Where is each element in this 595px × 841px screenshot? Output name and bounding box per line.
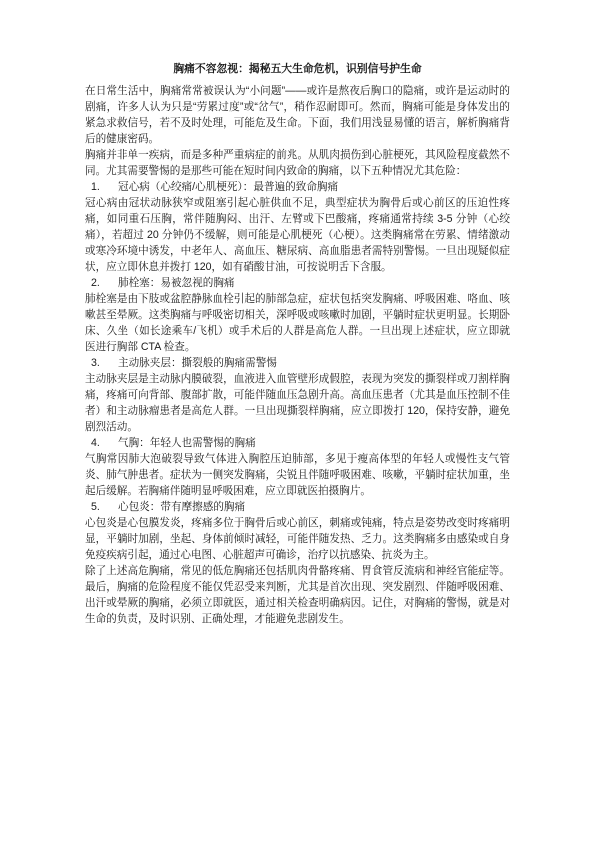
section-4-heading: 4. 气胸：年轻人也需警惕的胸痛 — [85, 435, 510, 451]
section-4-heading-text: 气胸：年轻人也需警惕的胸痛 — [118, 435, 510, 451]
section-3-heading-text: 主动脉夹层：撕裂般的胸痛需警惕 — [118, 355, 510, 371]
document-page: 胸痛不容忽视：揭秘五大生命危机，识别信号护生命 在日常生活中，胸痛常常被误认为“… — [0, 0, 595, 841]
section-5-heading-text: 心包炎：带有摩擦感的胸痛 — [118, 499, 510, 515]
section-1-heading: 1. 冠心病（心绞痛/心肌梗死）：最普遍的致命胸痛 — [85, 179, 510, 195]
section-1-heading-text: 冠心病（心绞痛/心肌梗死）：最普遍的致命胸痛 — [118, 179, 510, 195]
document-title: 胸痛不容忽视：揭秘五大生命危机，识别信号护生命 — [85, 61, 510, 77]
section-2-number: 2. — [85, 275, 118, 291]
section-3-number: 3. — [85, 355, 118, 371]
section-3-body: 主动脉夹层是主动脉内膜破裂，血液进入血管壁形成假腔，表现为突发的撕裂样或刀割样胸… — [85, 371, 510, 435]
section-2-body: 肺栓塞是由下肢或盆腔静脉血栓引起的肺部急症，症状包括突发胸痛、呼吸困难、咯血、咳… — [85, 291, 510, 355]
closing-paragraph: 除了上述高危胸痛，常见的低危胸痛还包括肌肉骨骼疼痛、胃食管反流病和神经官能症等。… — [85, 563, 510, 627]
intro-paragraph-1: 在日常生活中，胸痛常常被误认为“小问题”——或许是熬夜后胸口的隐痛，或许是运动时… — [85, 83, 510, 147]
section-1-number: 1. — [85, 179, 118, 195]
section-5-heading: 5. 心包炎：带有摩擦感的胸痛 — [85, 499, 510, 515]
section-5-body: 心包炎是心包膜发炎，疼痛多位于胸骨后或心前区，刺痛或钝痛，特点是姿势改变时疼痛明… — [85, 515, 510, 563]
section-1-body: 冠心病由冠状动脉狭窄或阻塞引起心脏供血不足，典型症状为胸骨后或心前区的压迫性疼痛… — [85, 195, 510, 275]
section-2-heading: 2. 肺栓塞：易被忽视的胸痛 — [85, 275, 510, 291]
section-4-body: 气胸常因肺大泡破裂导致气体进入胸腔压迫肺部，多见于瘦高体型的年轻人或慢性支气管炎… — [85, 451, 510, 499]
section-5-number: 5. — [85, 499, 118, 515]
section-3-heading: 3. 主动脉夹层：撕裂般的胸痛需警惕 — [85, 355, 510, 371]
section-2-heading-text: 肺栓塞：易被忽视的胸痛 — [118, 275, 510, 291]
section-4-number: 4. — [85, 435, 118, 451]
intro-paragraph-2: 胸痛并非单一疾病，而是多种严重病症的前兆。从肌肉损伤到心脏梗死，其风险程度截然不… — [85, 147, 510, 179]
